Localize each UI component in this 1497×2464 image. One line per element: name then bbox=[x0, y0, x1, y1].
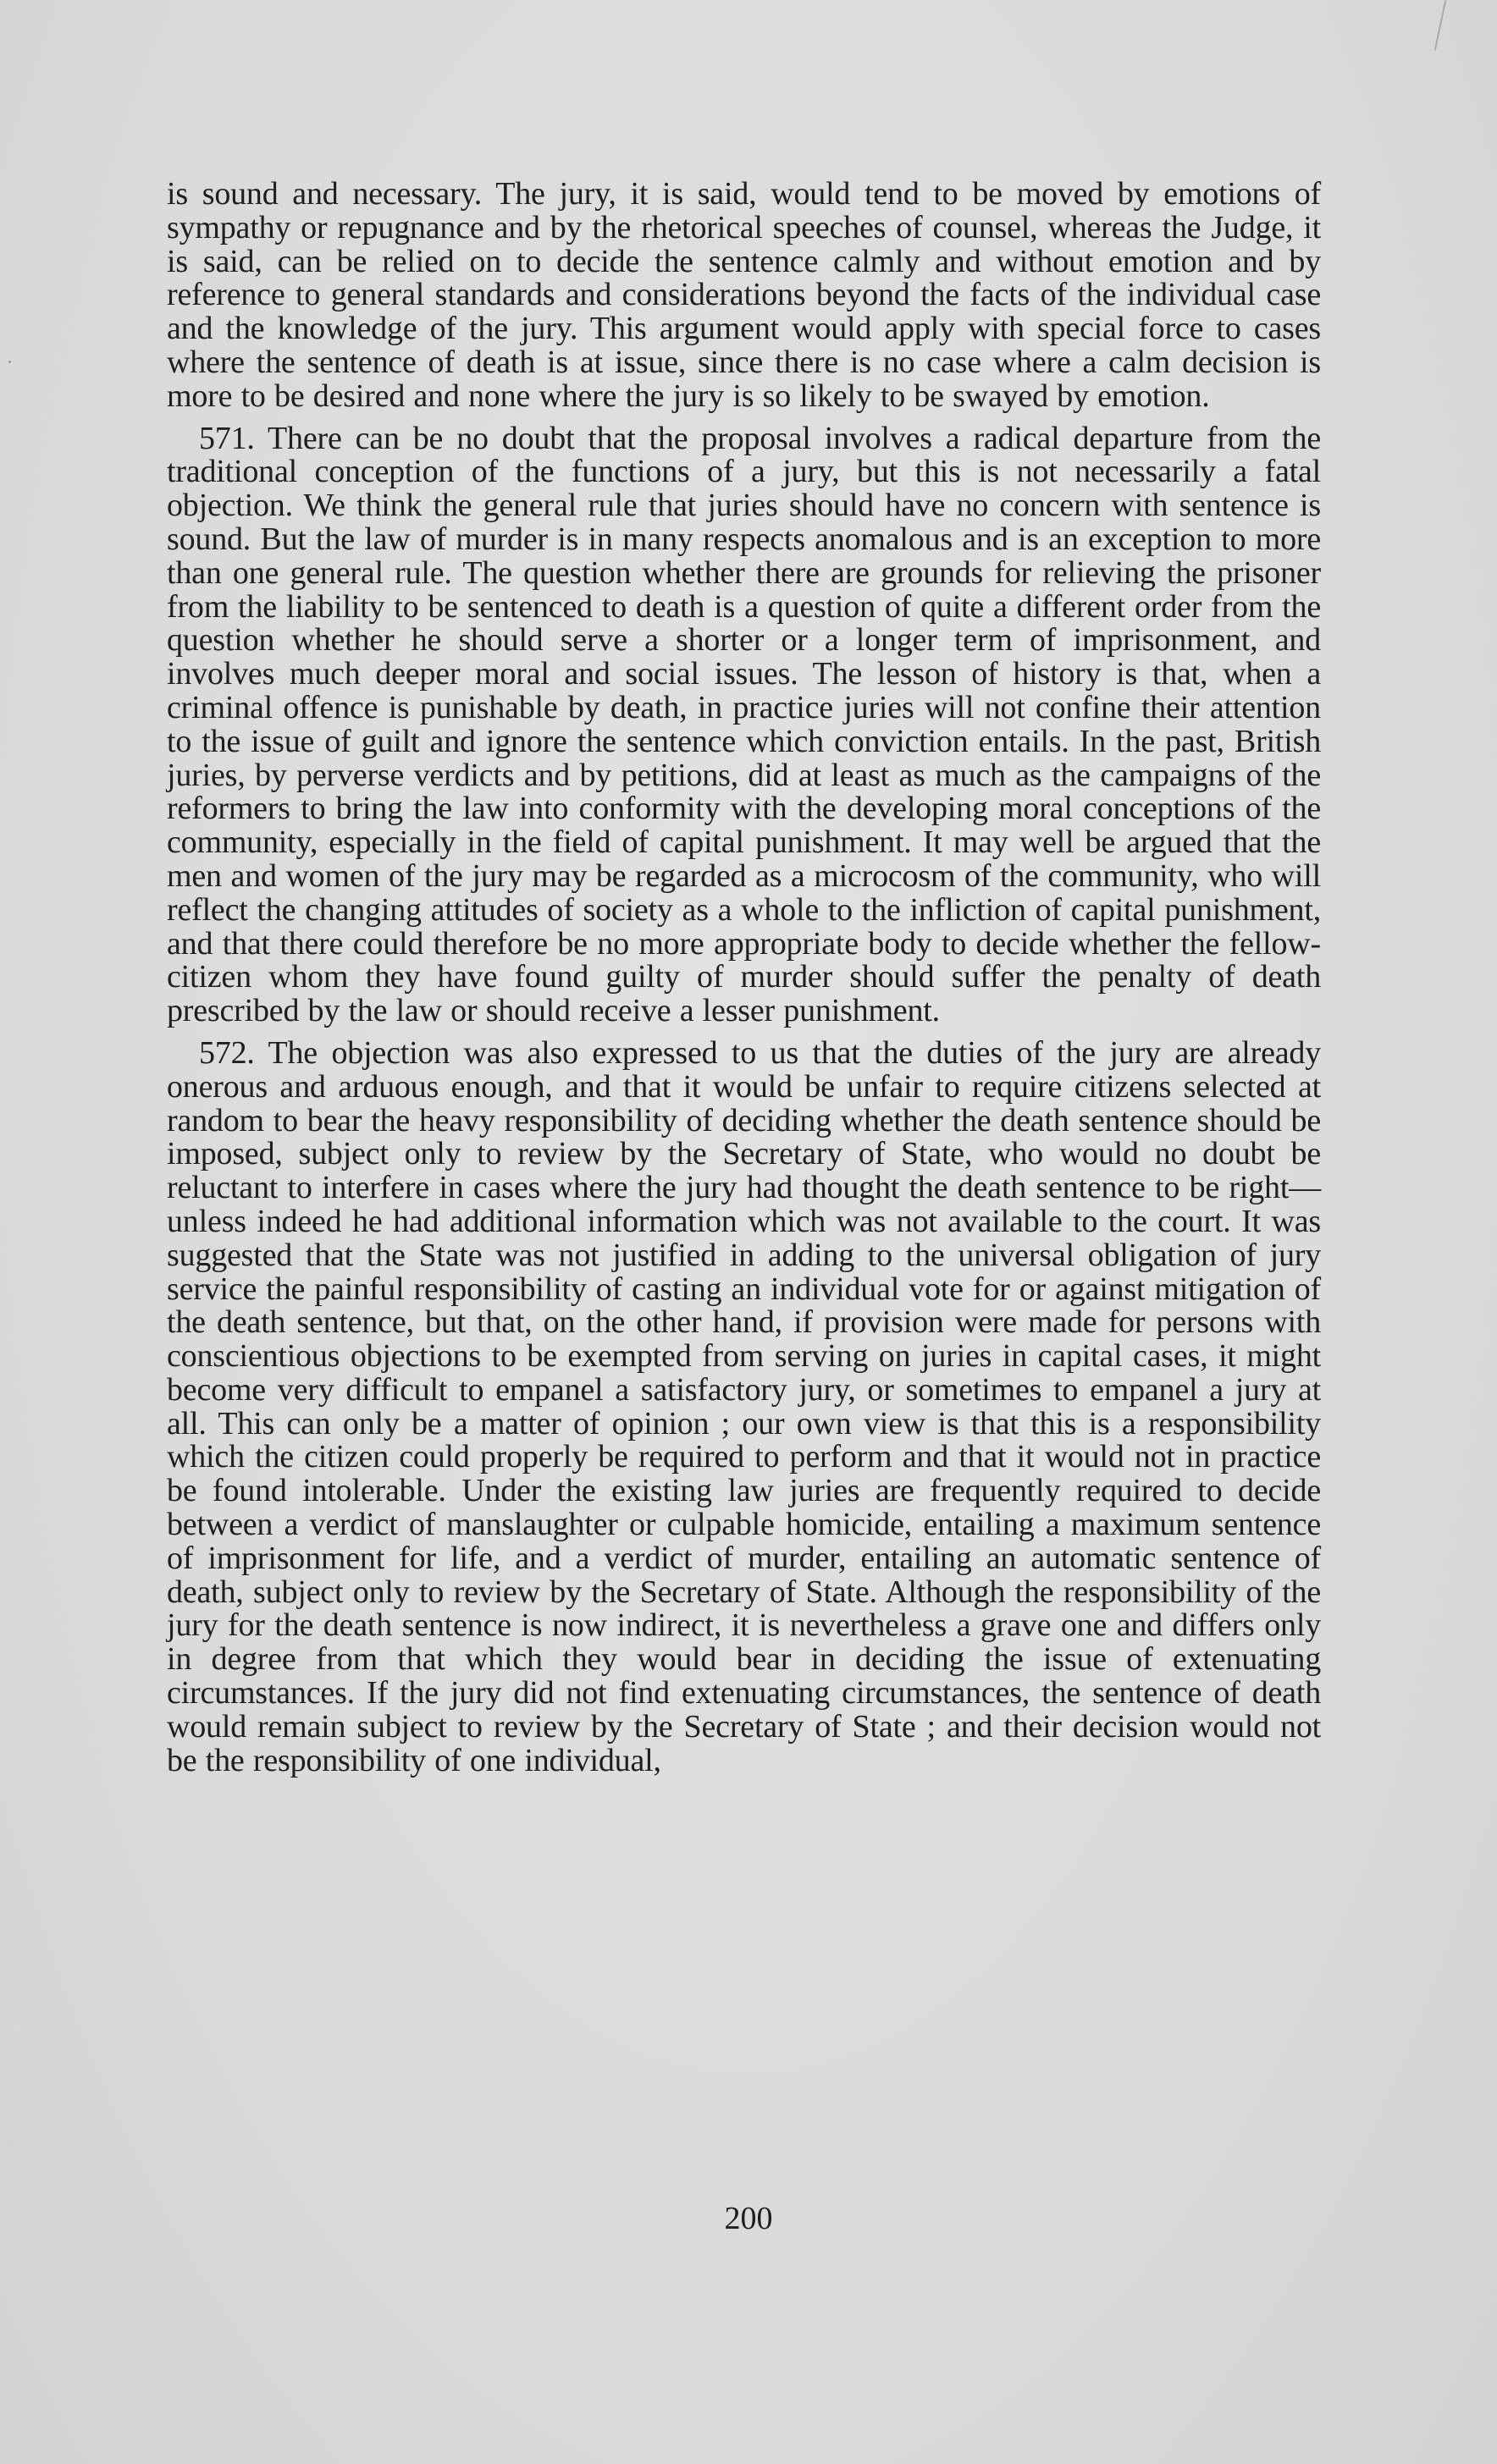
paragraph-571: 571. There can be no doubt that the prop… bbox=[167, 422, 1321, 1028]
paragraph-572: 572. The objection was also expressed to… bbox=[167, 1037, 1321, 1778]
scan-mark bbox=[8, 361, 11, 363]
page-number: 200 bbox=[0, 2202, 1497, 2235]
scan-mark bbox=[1434, 0, 1446, 50]
page-body: is sound and necessary. The jury, it is … bbox=[167, 178, 1321, 1778]
paragraph-continuation: is sound and necessary. The jury, it is … bbox=[167, 178, 1321, 414]
